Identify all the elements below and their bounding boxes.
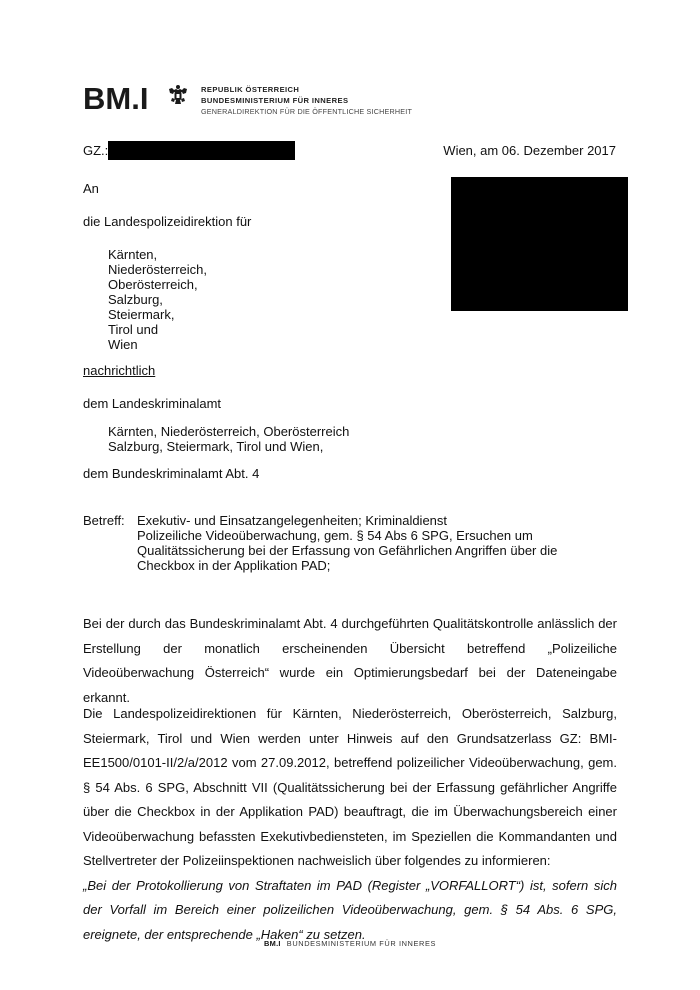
recipient-state: Steiermark,: [108, 307, 174, 322]
primary-recipient: die Landespolizeidirektion für: [83, 214, 251, 230]
cc-bka: dem Bundeskriminalamt Abt. 4: [83, 466, 259, 482]
recipient-state: Salzburg,: [108, 292, 163, 307]
recipient-state: Niederösterreich,: [108, 262, 207, 277]
subject-line: Exekutiv- und Einsatzangelegenheiten; Kr…: [137, 513, 557, 528]
subject-text: Exekutiv- und Einsatzangelegenheiten; Kr…: [137, 513, 557, 573]
footer-logo: BM.I: [264, 939, 281, 948]
quoted-instruction: „Bei der Protokollierung von Straftaten …: [83, 874, 617, 948]
recipient-state: Wien: [108, 337, 138, 352]
gz-redaction-box: [108, 141, 295, 160]
gz-label: GZ.:: [83, 143, 108, 159]
subject-line: Checkbox in der Applikation PAD;: [137, 558, 557, 573]
to-label: An: [83, 181, 99, 197]
page-footer: BM.IBUNDESMINISTERIUM FÜR INNERES: [0, 939, 700, 948]
austrian-eagle-icon: [168, 84, 188, 106]
letterhead-organization: REPUBLIK ÖSTERREICH BUNDESMINISTERIUM FÜ…: [201, 84, 412, 117]
recipient-state: Kärnten,: [108, 247, 157, 262]
body-paragraph-2: Die Landespolizeidirektionen für Kärnten…: [83, 702, 617, 947]
subject-line: Qualitätssicherung bei der Erfassung von…: [137, 543, 557, 558]
body-paragraph-1: Bei der durch das Bundeskriminalamt Abt.…: [83, 612, 617, 710]
subject-line: Polizeiliche Videoüberwachung, gem. § 54…: [137, 528, 557, 543]
bmi-logo: BM.I: [83, 82, 148, 116]
redacted-block: [451, 177, 628, 311]
cc-lka-states: Kärnten, Niederösterreich, Oberösterreic…: [108, 424, 349, 439]
org-directorate: GENERALDIREKTION FÜR DIE ÖFFENTLICHE SIC…: [201, 106, 412, 117]
recipient-state: Oberösterreich,: [108, 277, 198, 292]
recipient-state: Tirol und: [108, 322, 158, 337]
paragraph-text: Bei der durch das Bundeskriminalamt Abt.…: [83, 612, 617, 710]
place-date: Wien, am 06. Dezember 2017: [443, 143, 616, 159]
cc-lka-states: Salzburg, Steiermark, Tirol und Wien,: [108, 439, 323, 454]
org-republic: REPUBLIK ÖSTERREICH: [201, 84, 412, 95]
cc-lka: dem Landeskriminalamt: [83, 396, 221, 412]
org-ministry: BUNDESMINISTERIUM FÜR INNERES: [201, 95, 412, 106]
subject-label: Betreff:: [83, 513, 125, 528]
footer-org: BUNDESMINISTERIUM FÜR INNERES: [287, 939, 436, 948]
paragraph-text: Die Landespolizeidirektionen für Kärnten…: [83, 702, 617, 874]
cc-label: nachrichtlich: [83, 363, 155, 379]
